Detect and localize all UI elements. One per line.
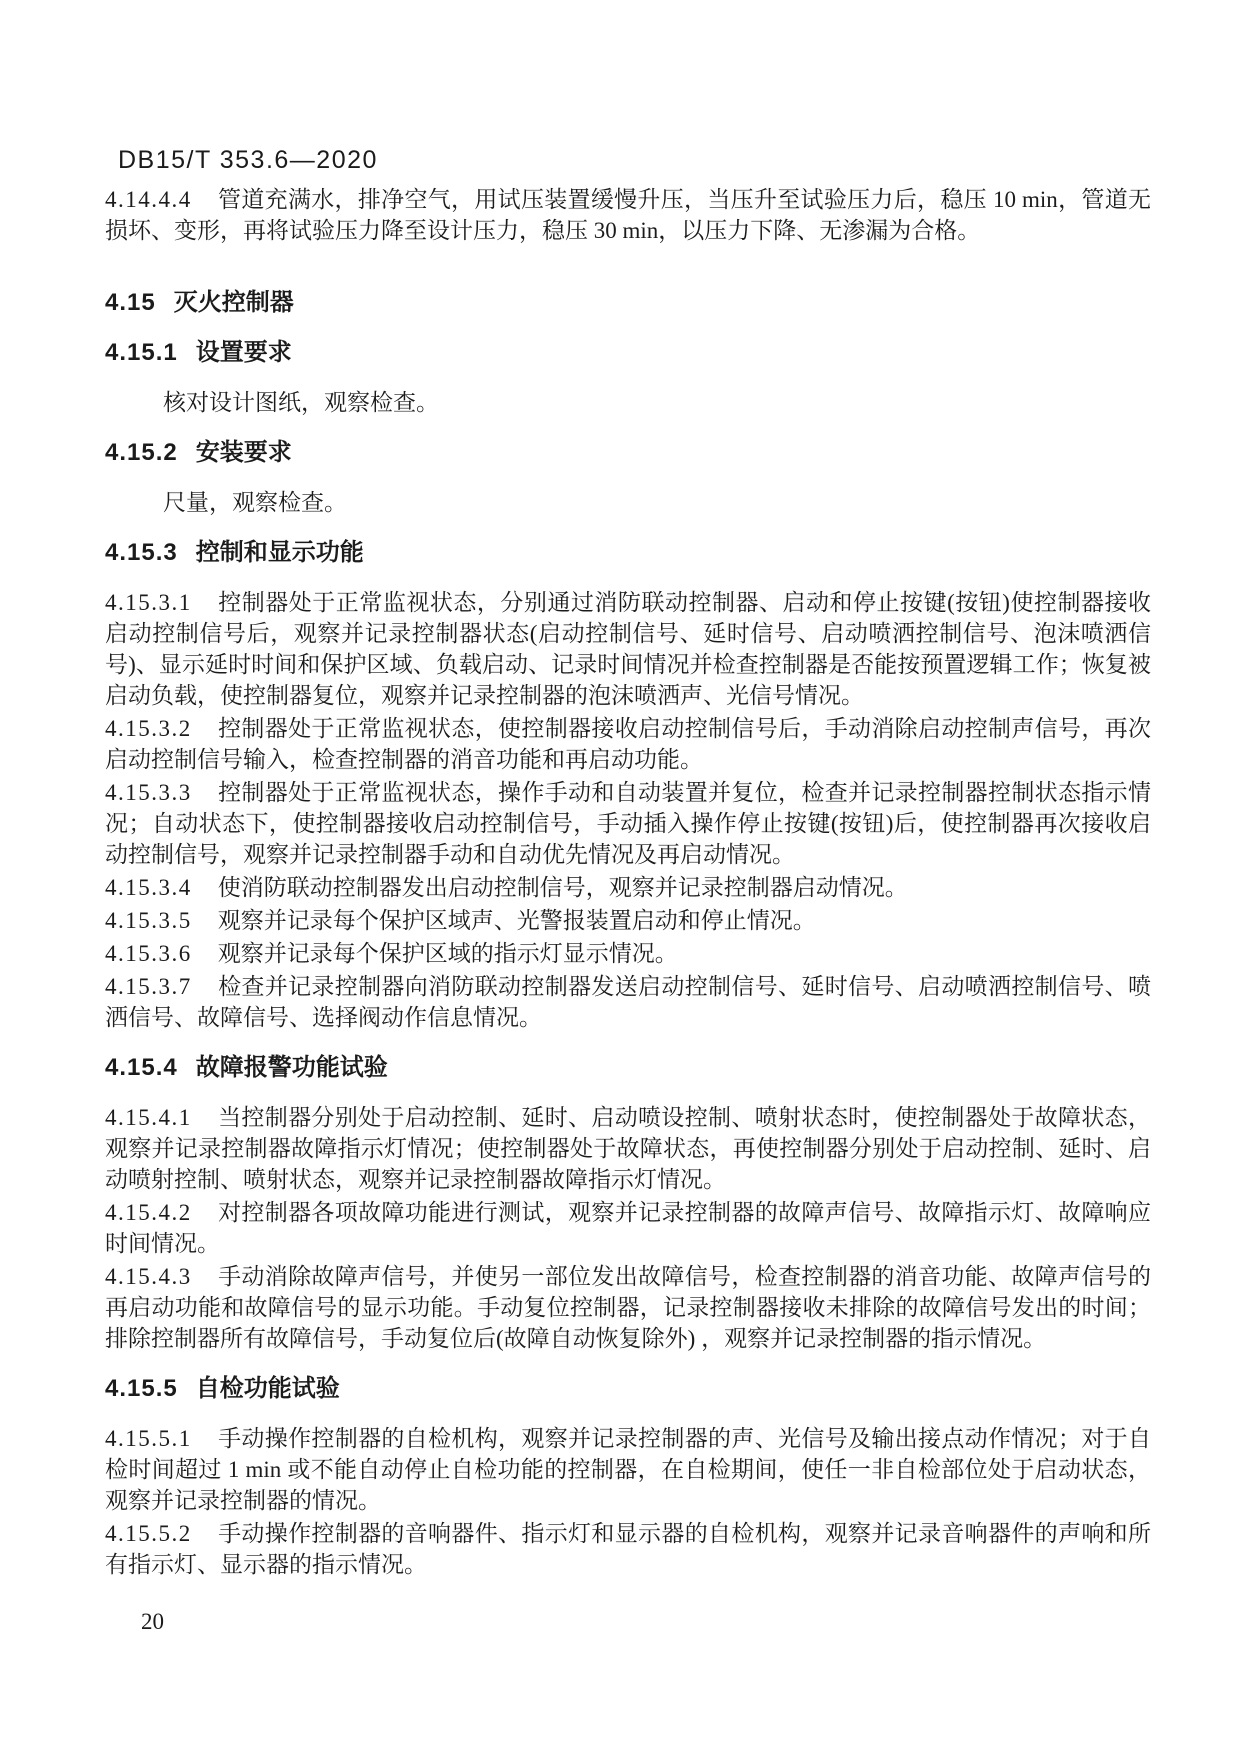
clause-number: 4.15.4.1 bbox=[105, 1105, 192, 1130]
clause-text: 控制器处于正常监视状态，分别通过消防联动控制器、启动和停止按键(按钮)使控制器接… bbox=[105, 590, 1151, 708]
clause-number: 4.15.4.2 bbox=[105, 1200, 192, 1225]
clause-text: 使消防联动控制器发出启动控制信号，观察并记录控制器启动情况。 bbox=[218, 875, 908, 900]
heading-title: 故障报警功能试验 bbox=[196, 1054, 388, 1081]
document-body: 4.14.4.4管道充满水，排净空气，用试压装置缓慢升压，当压升至试验压力后，稳… bbox=[105, 184, 1151, 1582]
clause-number: 4.15.4.3 bbox=[105, 1264, 192, 1289]
clause-4-14-4-4: 4.14.4.4管道充满水，排净空气，用试压装置缓慢升压，当压升至试验压力后，稳… bbox=[105, 184, 1151, 246]
clause-number: 4.14.4.4 bbox=[105, 187, 192, 212]
clause-text: 手动操作控制器的自检机构，观察并记录控制器的声、光信号及输出接点动作情况；对于自… bbox=[105, 1426, 1151, 1513]
clause-text: 检查并记录控制器向消防联动控制器发送启动控制信号、延时信号、启动喷洒控制信号、喷… bbox=[105, 974, 1151, 1030]
clause-number: 4.15.3.7 bbox=[105, 974, 192, 999]
section-heading-4-15-2: 4.15.2安装要求 bbox=[105, 437, 1151, 468]
page-number: 20 bbox=[141, 1606, 164, 1637]
section-heading-4-15-1: 4.15.1设置要求 bbox=[105, 337, 1151, 368]
heading-number: 4.15.5 bbox=[105, 1375, 178, 1402]
clause-text: 对控制器各项故障功能进行测试，观察并记录控制器的故障声信号、故障指示灯、故障响应… bbox=[105, 1200, 1151, 1256]
clause-4-15-3-7: 4.15.3.7检查并记录控制器向消防联动控制器发送启动控制信号、延时信号、启动… bbox=[105, 971, 1151, 1033]
clause-text: 手动操作控制器的音响器件、指示灯和显示器的自检机构，观察并记录音响器件的声响和所… bbox=[105, 1521, 1151, 1577]
clause-4-15-4-2: 4.15.4.2对控制器各项故障功能进行测试，观察并记录控制器的故障声信号、故障… bbox=[105, 1197, 1151, 1259]
clause-number: 4.15.5.1 bbox=[105, 1426, 192, 1451]
clause-4-15-5-2: 4.15.5.2手动操作控制器的音响器件、指示灯和显示器的自检机构，观察并记录音… bbox=[105, 1518, 1151, 1580]
clause-number: 4.15.3.4 bbox=[105, 875, 192, 900]
heading-number: 4.15.3 bbox=[105, 539, 178, 566]
clause-text: 控制器处于正常监视状态，使控制器接收启动控制信号后，手动消除启动控制声信号，再次… bbox=[105, 716, 1151, 772]
clause-text: 手动消除故障声信号，并使另一部位发出故障信号，检查控制器的消音功能、故障声信号的… bbox=[105, 1264, 1151, 1351]
clause-number: 4.15.3.6 bbox=[105, 941, 192, 966]
heading-number: 4.15.4 bbox=[105, 1054, 178, 1081]
heading-number: 4.15.1 bbox=[105, 339, 178, 366]
heading-title: 灭火控制器 bbox=[174, 289, 294, 316]
clause-4-15-3-5: 4.15.3.5观察并记录每个保护区域声、光警报装置启动和停止情况。 bbox=[105, 905, 1151, 936]
heading-title: 自检功能试验 bbox=[196, 1375, 340, 1402]
clause-number: 4.15.3.1 bbox=[105, 590, 192, 615]
clause-4-15-3-4: 4.15.3.4使消防联动控制器发出启动控制信号，观察并记录控制器启动情况。 bbox=[105, 872, 1151, 903]
clause-text: 控制器处于正常监视状态，操作手动和自动装置并复位，检查并记录控制器控制状态指示情… bbox=[105, 780, 1151, 867]
paragraph-4-15-2-body: 尺量，观察检查。 bbox=[105, 487, 1151, 518]
clause-text: 管道充满水，排净空气，用试压装置缓慢升压，当压升至试验压力后，稳压 10 min… bbox=[105, 187, 1151, 243]
clause-4-15-4-3: 4.15.4.3手动消除故障声信号，并使另一部位发出故障信号，检查控制器的消音功… bbox=[105, 1261, 1151, 1354]
clause-number: 4.15.5.2 bbox=[105, 1521, 192, 1546]
clause-number: 4.15.3.5 bbox=[105, 908, 192, 933]
heading-title: 控制和显示功能 bbox=[196, 539, 364, 566]
paragraph-4-15-1-body: 核对设计图纸，观察检查。 bbox=[105, 387, 1151, 418]
section-heading-4-15-3: 4.15.3控制和显示功能 bbox=[105, 537, 1151, 568]
document-page: DB15/T 353.6—2020 4.14.4.4管道充满水，排净空气，用试压… bbox=[0, 0, 1241, 1755]
clause-4-15-4-1: 4.15.4.1当控制器分别处于启动控制、延时、启动喷设控制、喷射状态时，使控制… bbox=[105, 1102, 1151, 1195]
heading-title: 安装要求 bbox=[196, 439, 292, 466]
clause-number: 4.15.3.3 bbox=[105, 780, 192, 805]
clause-text: 观察并记录每个保护区域的指示灯显示情况。 bbox=[218, 941, 678, 966]
heading-number: 4.15.2 bbox=[105, 439, 178, 466]
clause-number: 4.15.3.2 bbox=[105, 716, 192, 741]
clause-4-15-3-6: 4.15.3.6观察并记录每个保护区域的指示灯显示情况。 bbox=[105, 938, 1151, 969]
clause-4-15-5-1: 4.15.5.1手动操作控制器的自检机构，观察并记录控制器的声、光信号及输出接点… bbox=[105, 1423, 1151, 1516]
clause-text: 观察并记录每个保护区域声、光警报装置启动和停止情况。 bbox=[218, 908, 816, 933]
section-heading-4-15: 4.15灭火控制器 bbox=[105, 287, 1151, 318]
heading-number: 4.15 bbox=[105, 289, 156, 316]
clause-4-15-3-2: 4.15.3.2控制器处于正常监视状态，使控制器接收启动控制信号后，手动消除启动… bbox=[105, 713, 1151, 775]
section-heading-4-15-4: 4.15.4故障报警功能试验 bbox=[105, 1052, 1151, 1083]
running-header: DB15/T 353.6—2020 bbox=[118, 146, 378, 175]
clause-4-15-3-3: 4.15.3.3控制器处于正常监视状态，操作手动和自动装置并复位，检查并记录控制… bbox=[105, 777, 1151, 870]
clause-4-15-3-1: 4.15.3.1控制器处于正常监视状态，分别通过消防联动控制器、启动和停止按键(… bbox=[105, 587, 1151, 711]
clause-text: 当控制器分别处于启动控制、延时、启动喷设控制、喷射状态时，使控制器处于故障状态，… bbox=[105, 1105, 1151, 1192]
section-heading-4-15-5: 4.15.5自检功能试验 bbox=[105, 1373, 1151, 1404]
heading-title: 设置要求 bbox=[196, 339, 292, 366]
